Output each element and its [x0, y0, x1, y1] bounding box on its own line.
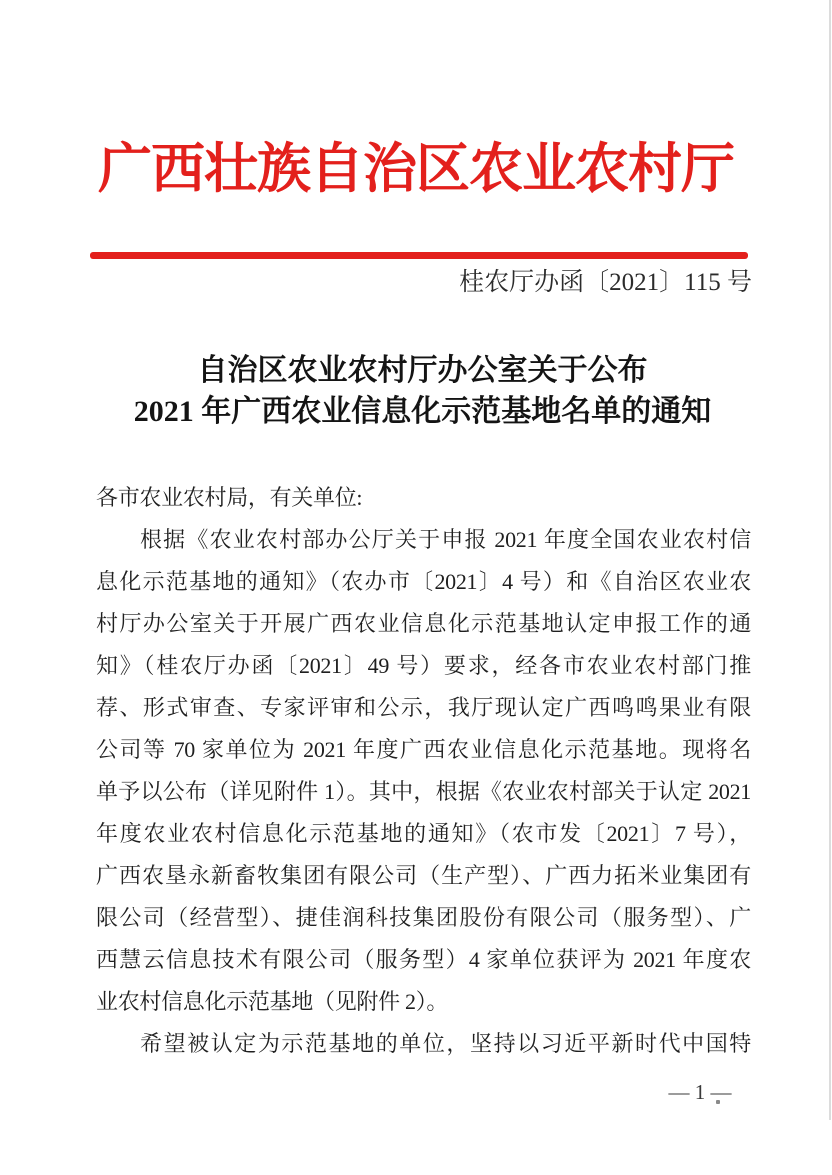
body-text-line: 年度农业农村信息化示范基地的通知》（农市发〔2021〕7 号）， — [96, 813, 751, 855]
body-text-line: 各市农业农村局，有关单位: — [96, 477, 751, 519]
body-text-line: 息化示范基地的通知》（农办市〔2021〕4 号）和《自治区农业农 — [96, 561, 751, 603]
body-text-line: 知》（桂农厅办函〔2021〕49 号）要求，经各市农业农村部门推 — [96, 645, 751, 687]
page-number: — 1 — — [648, 1078, 752, 1106]
letterhead-divider-rule — [90, 252, 748, 259]
document-title-line-2: 2021 年广西农业信息化示范基地名单的通知 — [95, 391, 750, 432]
scan-edge-artifact — [829, 0, 831, 1120]
letterhead-agency-name: 广西壮族自治区农业农村厅 — [0, 138, 832, 200]
body-text-line: 广西农垦永新畜牧集团有限公司（生产型）、广西力拓米业集团有 — [96, 855, 751, 897]
body-text-line: 村厅办公室关于开展广西农业信息化示范基地认定申报工作的通 — [96, 603, 751, 645]
document-title-line-1: 自治区农业农村厅办公室关于公布 — [95, 350, 750, 391]
body-text-line: 限公司（经营型）、捷佳润科技集团股份有限公司（服务型）、广 — [96, 897, 751, 939]
document-number: 桂农厅办函〔2021〕115 号 — [459, 266, 752, 300]
body-text-line: 公司等 70 家单位为 2021 年度广西农业信息化示范基地。现将名 — [96, 729, 751, 771]
document-page: 广西壮族自治区农业农村厅 桂农厅办函〔2021〕115 号 自治区农业农村厅办公… — [0, 0, 832, 1175]
document-body: 各市农业农村局，有关单位:根据《农业农村部办公厅关于申报 2021 年度全国农业… — [96, 477, 751, 1065]
body-text-line: 荐、形式审查、专家评审和公示，我厅现认定广西鸣鸣果业有限 — [96, 687, 751, 729]
document-title: 自治区农业农村厅办公室关于公布 2021 年广西农业信息化示范基地名单的通知 — [95, 350, 750, 432]
body-text-line: 业农村信息化示范基地（见附件 2）。 — [96, 981, 751, 1023]
body-text-line: 西慧云信息技术有限公司（服务型）4 家单位获评为 2021 年度农 — [96, 939, 751, 981]
body-text-line: 单予以公布（详见附件 1）。其中，根据《农业农村部关于认定 2021 — [96, 771, 751, 813]
body-text-line: 希望被认定为示范基地的单位，坚持以习近平新时代中国特 — [96, 1023, 751, 1065]
scan-speck-artifact — [716, 1100, 720, 1104]
body-text-line: 根据《农业农村部办公厅关于申报 2021 年度全国农业农村信 — [96, 519, 751, 561]
